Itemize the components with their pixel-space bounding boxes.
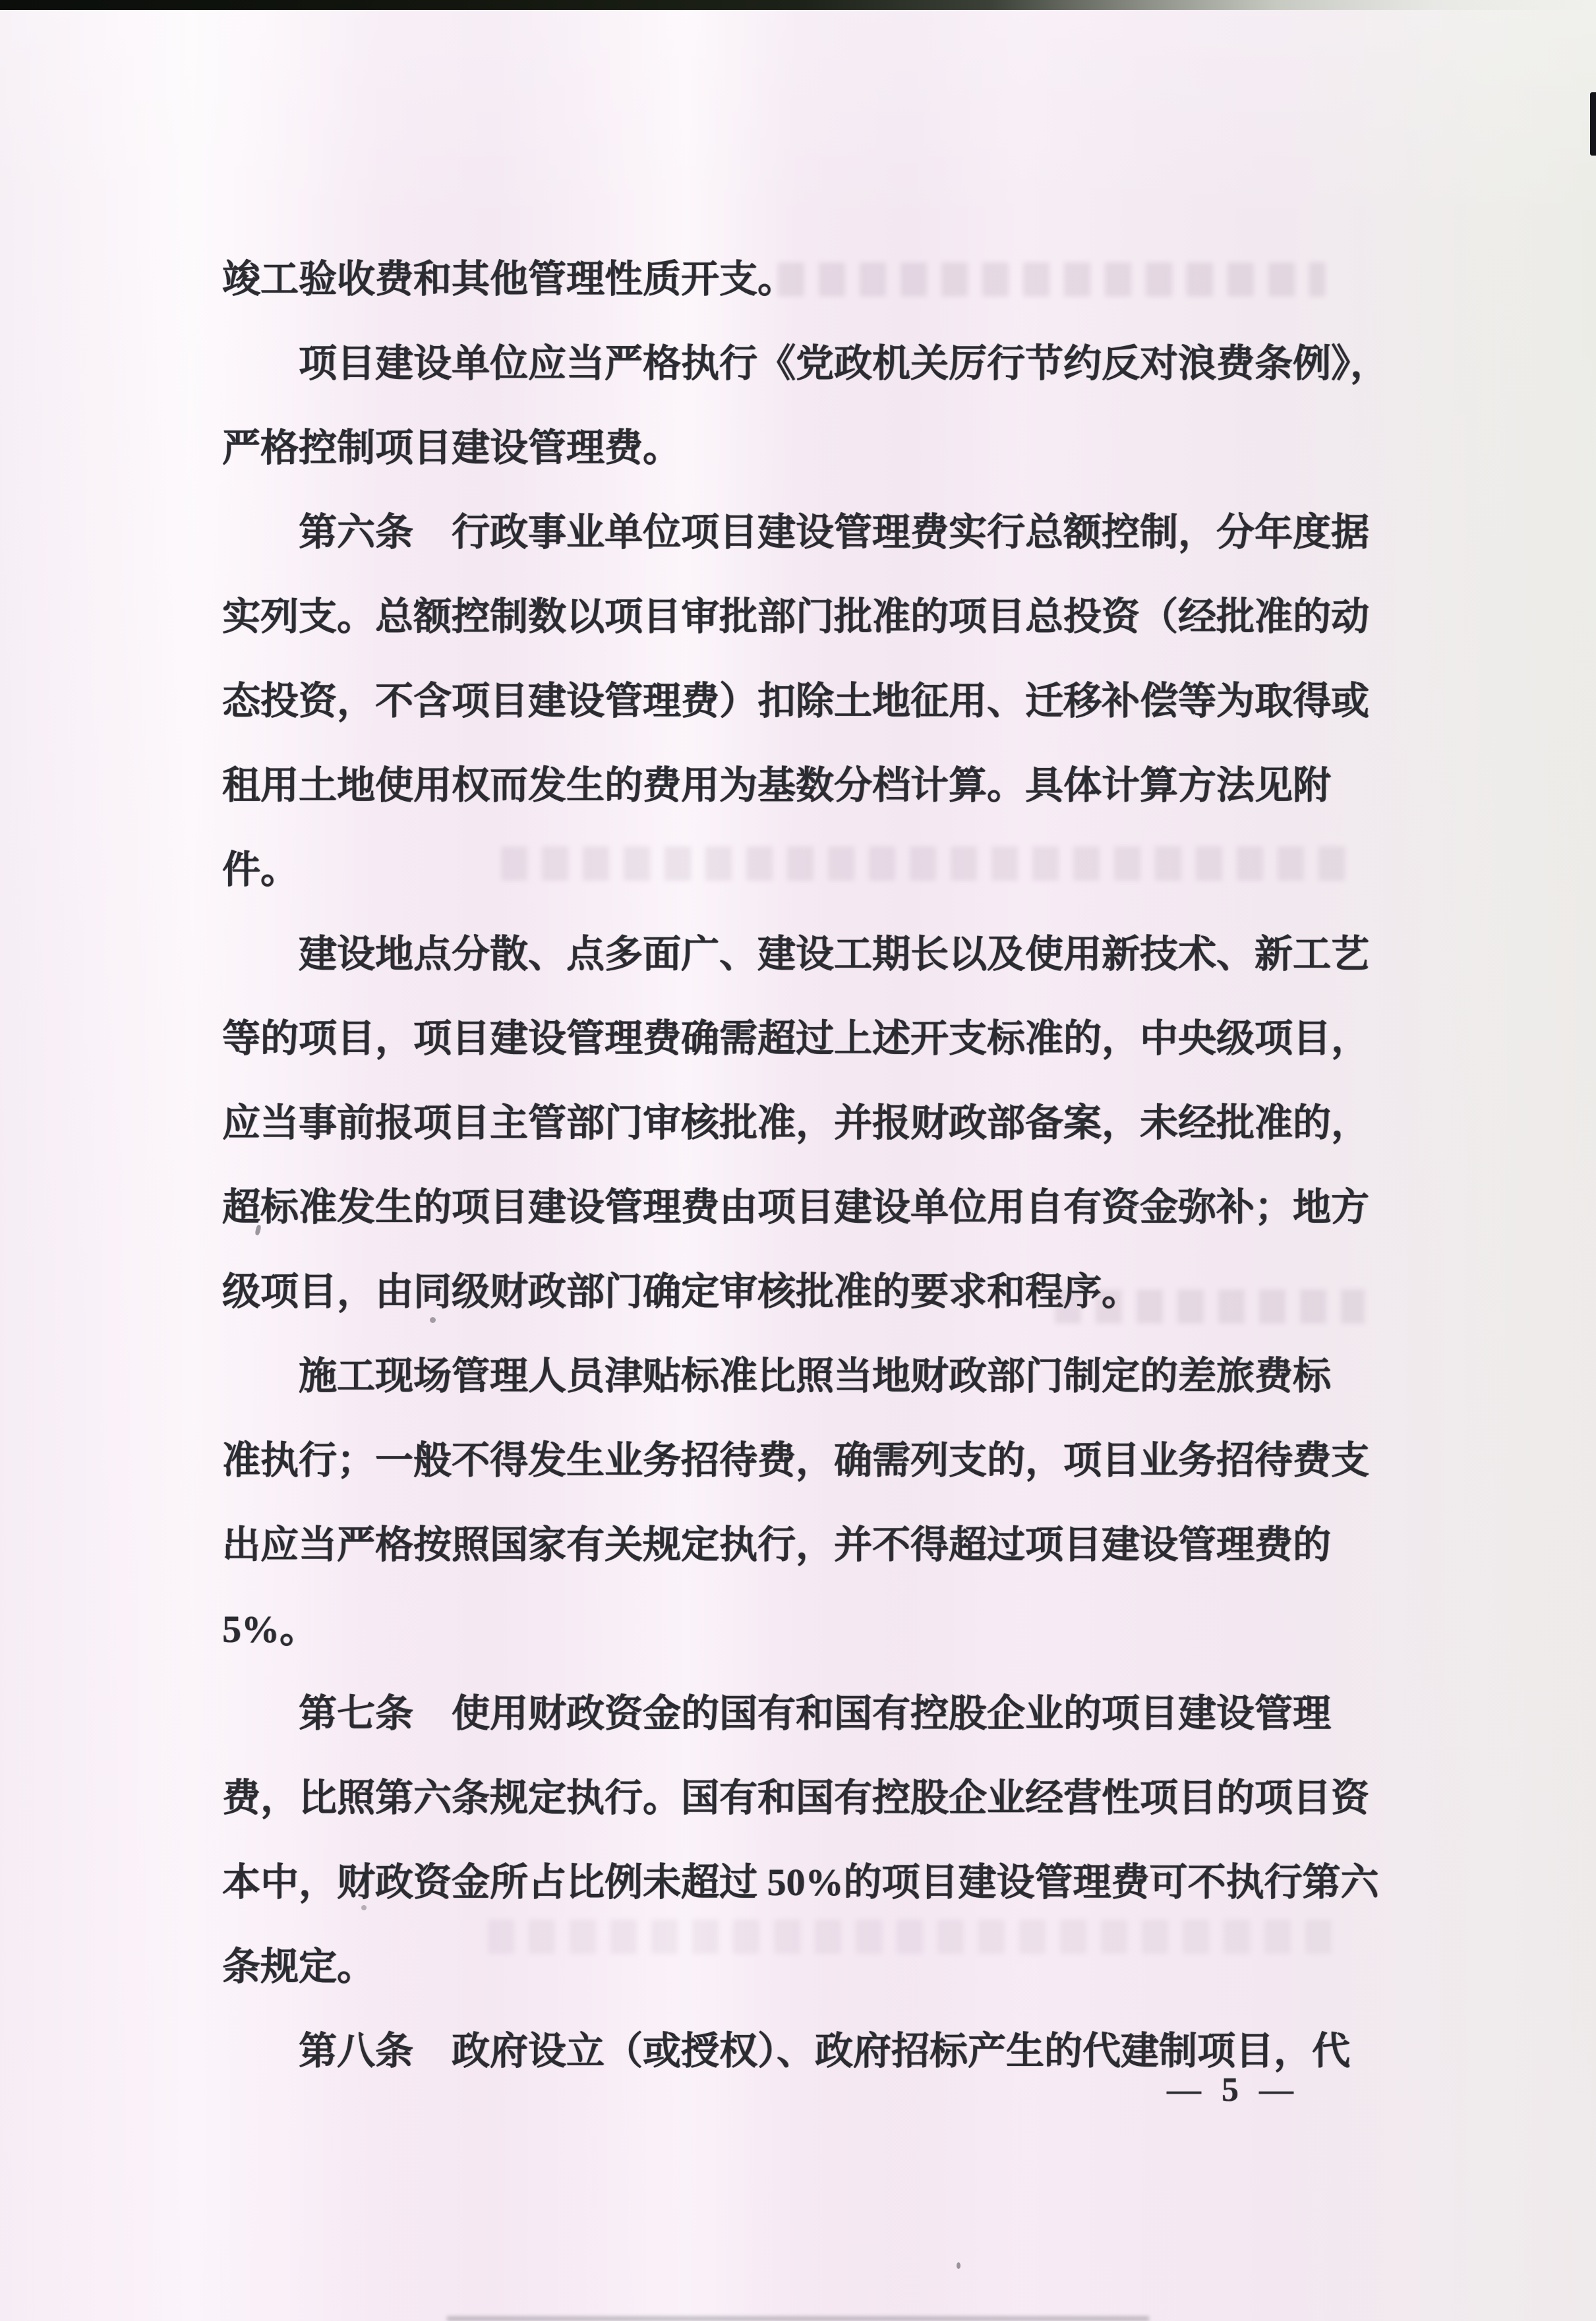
text-line: 件。 (222, 828, 1396, 912)
text-line: 级项目，由同级财政部门确定审核批准的要求和程序。 (222, 1250, 1396, 1334)
scan-edge-artifact-bottom (447, 2316, 1149, 2321)
text-line: 条规定。 (222, 1925, 1396, 2009)
text-line: 第七条 使用财政资金的国有和国有控股企业的项目建设管理 (222, 1672, 1396, 1756)
text-line: 严格控制项目建设管理费。 (222, 406, 1396, 490)
text-line: 超标准发生的项目建设管理费由项目建设单位用自有资金弥补；地方 (222, 1165, 1396, 1250)
text-line: 5%。 (222, 1587, 1396, 1672)
scan-speckle (957, 2262, 961, 2269)
scanned-document-page: 竣工验收费和其他管理性质开支。 项目建设单位应当严格执行《党政机关厉行节约反对浪… (0, 0, 1596, 2321)
page-number: — 5 — (1167, 2061, 1299, 2120)
document-body: 竣工验收费和其他管理性质开支。 项目建设单位应当严格执行《党政机关厉行节约反对浪… (222, 237, 1396, 2094)
text-line: 应当事前报项目主管部门审核批准，并报财政部备案，未经批准的， (222, 1081, 1396, 1165)
text-line: 态投资，不含项目建设管理费）扣除土地征用、迁移补偿等为取得或 (222, 659, 1396, 744)
text-line: 费，比照第六条规定执行。国有和国有控股企业经营性项目的项目资 (222, 1756, 1396, 1840)
scan-edge-artifact-right (1590, 92, 1596, 156)
text-line: 实列支。总额控制数以项目审批部门批准的项目总投资（经批准的动 (222, 575, 1396, 659)
scan-edge-artifact-top (0, 0, 1596, 10)
text-line: 施工现场管理人员津贴标准比照当地财政部门制定的差旅费标 (222, 1334, 1396, 1419)
text-line: 租用土地使用权而发生的费用为基数分档计算。具体计算方法见附 (222, 744, 1396, 828)
text-line: 出应当严格按照国家有关规定执行，并不得超过项目建设管理费的 (222, 1503, 1396, 1587)
text-line: 第六条 行政事业单位项目建设管理费实行总额控制，分年度据 (222, 490, 1396, 575)
text-line: 建设地点分散、点多面广、建设工期长以及使用新技术、新工艺 (222, 912, 1396, 997)
text-line: 竣工验收费和其他管理性质开支。 (222, 237, 1396, 322)
text-line: 项目建设单位应当严格执行《党政机关厉行节约反对浪费条例》， (222, 322, 1396, 406)
text-line: 等的项目，项目建设管理费确需超过上述开支标准的，中央级项目， (222, 997, 1396, 1081)
text-line: 本中，财政资金所占比例未超过 50%的项目建设管理费可不执行第六 (222, 1840, 1396, 1925)
text-line: 准执行；一般不得发生业务招待费，确需列支的，项目业务招待费支 (222, 1419, 1396, 1503)
